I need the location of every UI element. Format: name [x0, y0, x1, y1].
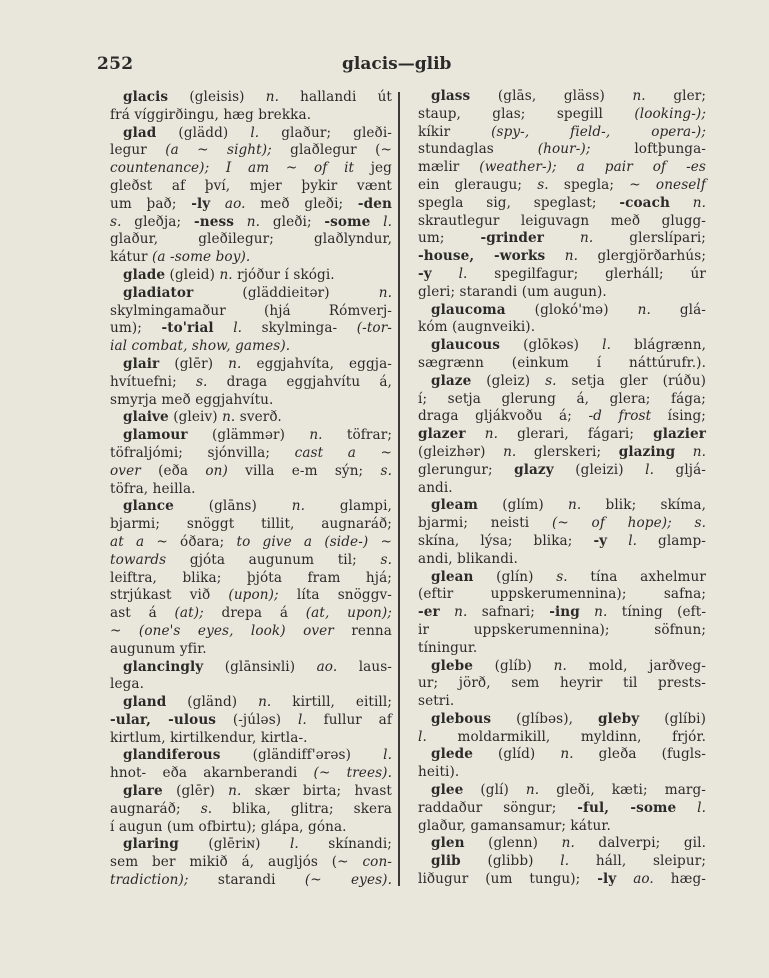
definition-text: kirtill, eitill;	[271, 694, 392, 710]
italic-text: n.	[693, 444, 706, 460]
definition-text: fullur af	[307, 712, 392, 728]
entry-headline: glib (glibb) l. háll, sleipur;	[418, 853, 706, 871]
left-column: glacis (gleisis) n. hallandi útfrá víggi…	[110, 89, 392, 890]
definition-text: glergjörðarhús;	[578, 248, 706, 264]
running-head: glacis—glib	[342, 54, 451, 74]
definition-text: villa e-m sýn;	[228, 463, 381, 479]
headword: glee	[431, 782, 463, 798]
entry-line: stundaglas (hour-); loftþunga-	[418, 141, 706, 159]
headword: glass	[431, 88, 470, 104]
definition-text: (gländ)	[166, 694, 258, 710]
entry-line: ur; jörð, sem heyrir til prests-	[418, 675, 706, 693]
entry-line: leiftra, blika; þjóta fram hjá;	[110, 570, 392, 588]
definition-text: töfra, heilla.	[110, 481, 196, 497]
italic-text: cast a ~	[295, 445, 392, 461]
italic-text: s.	[537, 177, 549, 193]
headword: -some	[324, 214, 370, 230]
entry-line: over (eða on) villa e-m sýn; s.	[110, 463, 392, 481]
italic-text: s.	[545, 373, 557, 389]
entry-line: mælir (weather-); a pair of -es	[418, 159, 706, 177]
definition-text: í; setja glerung á, glera; fága;	[418, 391, 706, 407]
headword: glebe	[431, 658, 473, 674]
definition-text: draga gljákvoðu á;	[418, 408, 588, 424]
definition-text: renna	[334, 623, 392, 639]
definition-text: hnot- eða akarnberandi	[110, 765, 314, 781]
definition-text: hæg-	[654, 871, 706, 887]
definition-text	[545, 248, 564, 264]
entry-line: tradiction); starandi (~ eyes).	[110, 872, 392, 890]
definition-text: sverð.	[235, 409, 282, 425]
definition-text: safnari;	[467, 604, 549, 620]
headword: gladiator	[123, 285, 193, 301]
definition-text	[616, 871, 633, 887]
italic-text: -d frost	[588, 408, 651, 424]
italic-text: over	[110, 463, 141, 479]
italic-text: s.	[196, 374, 208, 390]
definition-text: (gläddieitər)	[193, 285, 378, 301]
definition-text	[432, 266, 459, 282]
italic-text: l.	[418, 729, 427, 745]
definition-text: kirtlum, kirtilkendur, kirtla-.	[110, 730, 308, 746]
definition-text: blágrænn,	[611, 337, 706, 353]
definition-text: loftþunga-	[591, 141, 706, 157]
definition-text: mold, jarðveg-	[567, 658, 706, 674]
definition-text: kátur	[110, 249, 152, 265]
definition-text: skylmingamaður (hjá Rómverj-	[110, 303, 392, 319]
italic-text: to give a (side-) ~	[237, 534, 392, 550]
entry-headline: glad (glädd) l. glaður; gleði-	[110, 125, 392, 143]
entry-headline: glare (glēr) n. skær birta; hvast	[110, 783, 392, 801]
definition-text: glaður, gamansamur; kátur.	[418, 818, 611, 834]
entry-line: kirtlum, kirtilkendur, kirtla-.	[110, 730, 392, 748]
definition-text: (eða	[141, 463, 206, 479]
definition-text: ein gleraugu;	[418, 177, 537, 193]
entry-line: (eftir uppskerumennina); safna;	[418, 586, 706, 604]
italic-text: n.	[266, 89, 279, 105]
definition-text: skínandi;	[299, 836, 392, 852]
headword: -y	[418, 266, 432, 282]
italic-text: (spy-, field-, opera-);	[491, 124, 706, 140]
definition-text: (gleid)	[165, 267, 219, 283]
definition-text: (gleizhər)	[418, 444, 503, 460]
headword: -to'rial	[161, 320, 213, 336]
headword: glaucoma	[431, 302, 506, 318]
headword: glazer	[418, 426, 466, 442]
entry-line: um; -grinder n. glerslípari;	[418, 230, 706, 248]
right-column: glass (glās, gläss) n. gler;staup, glas;…	[418, 88, 706, 889]
entry-line: towards gjóta augunum til; s.	[110, 552, 392, 570]
italic-text: (hour-);	[538, 141, 591, 157]
entry-headline: glamour (glämmər) n. töfrar;	[110, 427, 392, 445]
definition-text: kóm (augnveiki).	[418, 319, 535, 335]
definition-text: hallandi út	[279, 89, 392, 105]
headword: glandiferous	[123, 747, 221, 763]
entry-headline: glaive (gleiv) n. sverð.	[110, 409, 392, 427]
italic-text: ao.	[317, 659, 338, 675]
definition-text: augnaráð;	[110, 801, 201, 817]
definition-text: heiti).	[418, 764, 459, 780]
definition-text: um;	[418, 230, 481, 246]
definition-text: glerslípari;	[593, 230, 706, 246]
definition-text: smyrja með eggjahvítu.	[110, 392, 273, 408]
definition-text: blik; skíma,	[581, 497, 706, 513]
italic-text: n.	[632, 88, 645, 104]
definition-text: (glokó'mə)	[506, 302, 638, 318]
italic-text: n.	[222, 409, 235, 425]
definition-text: (glānsiɴli)	[203, 659, 316, 675]
entry-headline: glaucoma (glokó'mə) n. glá-	[418, 302, 706, 320]
italic-text: l.	[560, 853, 569, 869]
headword: -ular, -ulous	[110, 712, 216, 728]
italic-text: n.	[693, 195, 706, 211]
definition-text: (glíb)	[473, 658, 554, 674]
definition-text: augunum yfir.	[110, 641, 207, 657]
definition-text: rjóður í skógi.	[233, 267, 335, 283]
italic-text: n.	[560, 746, 573, 762]
entry-line: hnot- eða akarnberandi (~ trees).	[110, 765, 392, 783]
definition-text: (glibb)	[461, 853, 561, 869]
definition-text: spegla sig, speglast;	[418, 195, 619, 211]
definition-text: gleðja;	[122, 214, 194, 230]
entry-line: ~ (one's eyes, look) over renna	[110, 623, 392, 641]
definition-text	[607, 533, 628, 549]
entry-line: kíkir (spy-, field-, opera-);	[418, 124, 706, 142]
entry-line: smyrja með eggjahvítu.	[110, 392, 392, 410]
entry-headline: glebe (glíb) n. mold, jarðveg-	[418, 658, 706, 676]
italic-text: l.	[383, 214, 392, 230]
entry-line: ial combat, show, games).	[110, 338, 392, 356]
italic-text: (upon);	[228, 587, 278, 603]
entry-line: (gleizhər) n. glerskeri; glazing n.	[418, 444, 706, 462]
italic-text: towards	[110, 552, 166, 568]
entry-headline: glee (glí) n. gleði, kæti; marg-	[418, 782, 706, 800]
definition-text: óðara;	[168, 534, 237, 550]
entry-line: staup, glas; spegill (looking-);	[418, 106, 706, 124]
italic-text: ao.	[225, 196, 246, 212]
italic-text: s.	[201, 801, 213, 817]
definition-text: (glädd)	[156, 125, 250, 141]
italic-text: (a -some boy).	[152, 249, 250, 265]
definition-text: draga eggjahvítu á,	[207, 374, 392, 390]
headword: glazing	[619, 444, 675, 460]
definition-text: glampi,	[305, 498, 392, 514]
headword: -ly	[597, 871, 616, 887]
definition-text	[440, 604, 454, 620]
italic-text: s.	[110, 214, 122, 230]
entry-headline: glance (glāns) n. glampi,	[110, 498, 392, 516]
italic-text: n.	[568, 497, 581, 513]
definition-text: (glēr)	[163, 783, 228, 799]
definition-text: (glíbəs),	[491, 711, 598, 727]
headword: glebous	[431, 711, 491, 727]
definition-text: glerungur;	[418, 462, 514, 478]
italic-text: n.	[309, 427, 322, 443]
italic-text: (~ of hope); s.	[552, 515, 706, 531]
definition-text: glamp-	[637, 533, 706, 549]
definition-text	[676, 800, 697, 816]
definition-text: tína axhelmur	[568, 569, 706, 585]
italic-text: l.	[250, 125, 259, 141]
entry-headline: glade (gleid) n. rjóður í skógi.	[110, 267, 392, 285]
italic-text: n.	[292, 498, 305, 514]
entry-line: ein gleraugu; s. spegla; ~ oneself	[418, 177, 706, 195]
definition-text: (-júləs)	[216, 712, 298, 728]
definition-text	[370, 214, 383, 230]
entry-headline: glaucous (glōkəs) l. blágrænn,	[418, 337, 706, 355]
italic-text: n.	[638, 302, 651, 318]
definition-text: kíkir	[418, 124, 491, 140]
headword: gleby	[598, 711, 639, 727]
definition-text: jeg	[354, 160, 392, 176]
headword: glade	[123, 267, 165, 283]
entry-headline: glebous (glíbəs), gleby (glíbi)	[418, 711, 706, 729]
entry-headline: glair (glēr) n. eggjahvíta, eggja-	[110, 356, 392, 374]
definition-text: (glēriɴ)	[179, 836, 290, 852]
entry-headline: glaring (glēriɴ) l. skínandi;	[110, 836, 392, 854]
definition-text: tíningur.	[418, 640, 477, 656]
definition-text: (gleiv)	[169, 409, 222, 425]
headword: glare	[123, 783, 163, 799]
italic-text: s.	[381, 552, 393, 568]
definition-text: andi.	[418, 480, 453, 496]
definition-text: ur; jörð, sem heyrir til prests-	[418, 675, 706, 691]
definition-text: (glās, gläss)	[470, 88, 632, 104]
entry-line: bjarmi; neisti (~ of hope); s.	[418, 515, 706, 533]
headword: -house, -works	[418, 248, 545, 264]
definition-text: skína, lýsa; blika;	[418, 533, 593, 549]
definition-text: gljá-	[654, 462, 706, 478]
definition-text	[544, 230, 580, 246]
entry-headline: glen (glenn) n. dalverpi; gil.	[418, 835, 706, 853]
definition-text: með gleði;	[246, 196, 358, 212]
entry-headline: glaze (gleiz) s. setja gler (rúðu)	[418, 373, 706, 391]
headword: -den	[358, 196, 392, 212]
italic-text: n.	[219, 267, 232, 283]
definition-text	[670, 195, 693, 211]
definition-text: raddaður söngur;	[418, 800, 577, 816]
definition-text: í augun (um ofbirtu); glápa, góna.	[110, 819, 347, 835]
entry-line: setri.	[418, 693, 706, 711]
entry-line: í; setja glerung á, glera; fága;	[418, 391, 706, 409]
headword: glean	[431, 569, 474, 585]
entry-line: glaður, gleðilegur; glaðlyndur,	[110, 231, 392, 249]
headword: -ing	[549, 604, 580, 620]
headword: glede	[431, 746, 473, 762]
page-number: 252	[97, 54, 133, 74]
definition-text: bjarmi; snöggt tillit, augnaráð;	[110, 516, 392, 532]
italic-text: n.	[526, 782, 539, 798]
entry-line: skylmingamaður (hjá Rómverj-	[110, 303, 392, 321]
italic-text: n.	[258, 694, 271, 710]
entry-headline: glass (glās, gläss) n. gler;	[418, 88, 706, 106]
italic-text: (-tor-	[357, 320, 392, 336]
definition-text: skrautlegur leiguvagn með glugg-	[418, 213, 706, 229]
definition-text	[580, 604, 594, 620]
definition-text: gleri; starandi (um augun).	[418, 284, 607, 300]
entry-line: s. gleðja; -ness n. gleði; -some l.	[110, 214, 392, 232]
italic-text: (at);	[175, 605, 204, 621]
italic-text: l.	[233, 320, 242, 336]
italic-text: n.	[580, 230, 593, 246]
definition-text: bjarmi; neisti	[418, 515, 552, 531]
headword: glazy	[514, 462, 554, 478]
definition-text: (gleiz)	[471, 373, 545, 389]
entry-line: töfra, heilla.	[110, 481, 392, 499]
definition-text: (glí)	[463, 782, 526, 798]
headword: glib	[431, 853, 461, 869]
entry-line: gleðst af því, mjer þykir vænt	[110, 178, 392, 196]
definition-text	[675, 444, 693, 460]
headword: -er	[418, 604, 440, 620]
italic-text: n.	[247, 214, 260, 230]
entry-line: kátur (a -some boy).	[110, 249, 392, 267]
definition-text: glaður; gleði-	[259, 125, 392, 141]
definition-text: mælir	[418, 159, 479, 175]
definition-text: frá víggirðingu, hæg brekka.	[110, 107, 311, 123]
definition-text: (glíd)	[473, 746, 560, 762]
entry-headline: gladiator (gläddieitər) n.	[110, 285, 392, 303]
entry-line: augunum yfir.	[110, 641, 392, 659]
definition-text: gjóta augunum til;	[166, 552, 380, 568]
italic-text: ~ oneself	[629, 177, 706, 193]
definition-text: (glēr)	[159, 356, 228, 372]
italic-text: ial combat, show, games).	[110, 338, 290, 354]
entry-line: draga gljákvoðu á; -d frost ísing;	[418, 408, 706, 426]
dictionary-page: 252 glacis—glib glacis (gleisis) n. hall…	[0, 0, 769, 978]
definition-text: (glōkəs)	[500, 337, 602, 353]
definition-text: laus-	[337, 659, 392, 675]
entry-line: countenance); I am ~ of it jeg	[110, 160, 392, 178]
entry-line: sægrænn (einkum í náttúrufr.).	[418, 355, 706, 373]
definition-text: tíning (eft-	[607, 604, 706, 620]
entry-headline: glandiferous (gländiff'ərəs) l.	[110, 747, 392, 765]
entry-line: l. moldarmikill, myldinn, frjór.	[418, 729, 706, 747]
entry-line: gleri; starandi (um augun).	[418, 284, 706, 302]
entry-line: kóm (augnveiki).	[418, 319, 706, 337]
entry-line: raddaður söngur; -ful, -some l.	[418, 800, 706, 818]
italic-text: at a ~	[110, 534, 168, 550]
definition-text: spegla;	[549, 177, 630, 193]
headword: -coach	[619, 195, 670, 211]
definition-text: blika, glitra; skera	[212, 801, 392, 817]
italic-text: n.	[228, 356, 241, 372]
italic-text: countenance); I am ~ of it	[110, 160, 354, 176]
italic-text: tradiction);	[110, 872, 189, 888]
entry-line: heiti).	[418, 764, 706, 782]
entry-line: ir uppskerumennina); söfnun;	[418, 622, 706, 640]
entry-line: andi.	[418, 480, 706, 498]
definition-text: (glāns)	[174, 498, 292, 514]
italic-text: l.	[290, 836, 299, 852]
italic-text: n.	[228, 783, 241, 799]
entry-line: glaður, gamansamur; kátur.	[418, 818, 706, 836]
italic-text: n.	[503, 444, 516, 460]
entry-line: spegla sig, speglast; -coach n.	[418, 195, 706, 213]
italic-text: (weather-); a pair of -es	[479, 159, 706, 175]
italic-text: n.	[379, 285, 392, 301]
entry-line: skína, lýsa; blika; -y l. glamp-	[418, 533, 706, 551]
italic-text: s.	[556, 569, 568, 585]
italic-text: ~ (one's eyes, look) over	[110, 623, 334, 639]
entry-headline: gleam (glím) n. blik; skíma,	[418, 497, 706, 515]
definition-text: setri.	[418, 693, 454, 709]
entry-line: -er n. safnari; -ing n. tíning (eft-	[418, 604, 706, 622]
italic-text: n.	[562, 835, 575, 851]
definition-text: moldarmikill, myldinn, frjór.	[427, 729, 706, 745]
italic-text: l.	[602, 337, 611, 353]
entry-line: um); -to'rial l. skylminga- (-tor-	[110, 320, 392, 338]
definition-text: um það;	[110, 196, 191, 212]
definition-text: andi, blikandi.	[418, 551, 518, 567]
definition-text: gleði;	[260, 214, 324, 230]
headword: gleam	[431, 497, 478, 513]
definition-text: dalverpi; gil.	[575, 835, 706, 851]
entry-line: bjarmi; snöggt tillit, augnaráð;	[110, 516, 392, 534]
headword: glaring	[123, 836, 179, 852]
definition-text: glá-	[651, 302, 706, 318]
entry-line: hvítuefni; s. draga eggjahvítu á,	[110, 374, 392, 392]
definition-text: lega.	[110, 676, 144, 692]
entry-headline: gland (gländ) n. kirtill, eitill;	[110, 694, 392, 712]
definition-text: gler;	[646, 88, 706, 104]
italic-text: (~ eyes).	[305, 872, 392, 888]
definition-text: töfrar;	[323, 427, 392, 443]
headword: glaive	[123, 409, 169, 425]
entry-line: í augun (um ofbirtu); glápa, góna.	[110, 819, 392, 837]
italic-text: (at, upon);	[306, 605, 392, 621]
definition-text: glaðlegur (~	[272, 142, 392, 158]
headword: glaucous	[431, 337, 500, 353]
definition-text	[210, 196, 225, 212]
italic-text: n.	[565, 248, 578, 264]
italic-text: con-	[362, 854, 392, 870]
italic-text: on)	[205, 463, 228, 479]
definition-text: eggjahvíta, eggja-	[241, 356, 392, 372]
entry-line: legur (a ~ sight); glaðlegur (~	[110, 142, 392, 160]
entry-headline: glancingly (glānsiɴli) ao. laus-	[110, 659, 392, 677]
entry-line: lega.	[110, 676, 392, 694]
definition-text: glerari, fágari;	[498, 426, 653, 442]
entry-headline: glede (glíd) n. gleða (fugls-	[418, 746, 706, 764]
entry-line: -ular, -ulous (-júləs) l. fullur af	[110, 712, 392, 730]
italic-text: (a ~ sight);	[165, 142, 272, 158]
definition-text	[466, 426, 485, 442]
definition-text: glerskeri;	[516, 444, 618, 460]
definition-text: gleða (fugls-	[574, 746, 706, 762]
italic-text: n.	[594, 604, 607, 620]
entry-line: sem ber mikið á, augljós (~ con-	[110, 854, 392, 872]
definition-text	[214, 320, 234, 336]
headword: glair	[123, 356, 159, 372]
definition-text: drepa á	[204, 605, 306, 621]
definition-text: ast á	[110, 605, 175, 621]
italic-text: ao.	[633, 871, 654, 887]
definition-text: töfraljómi; sjónvilla;	[110, 445, 295, 461]
definition-text: (glín)	[474, 569, 557, 585]
headword: -ness	[194, 214, 234, 230]
entry-line: töfraljómi; sjónvilla; cast a ~	[110, 445, 392, 463]
italic-text: l.	[628, 533, 637, 549]
italic-text: l.	[697, 800, 706, 816]
definition-text: (glenn)	[465, 835, 562, 851]
definition-text: liðugur (um tungu);	[418, 871, 597, 887]
definition-text: (glämmər)	[188, 427, 310, 443]
definition-text: (glíbi)	[639, 711, 706, 727]
definition-text: ir uppskerumennina); söfnun;	[418, 622, 706, 638]
definition-text: setja gler (rúðu)	[557, 373, 706, 389]
definition-text: legur	[110, 142, 165, 158]
entry-line: -y l. spegilfagur; glerháll; úr	[418, 266, 706, 284]
